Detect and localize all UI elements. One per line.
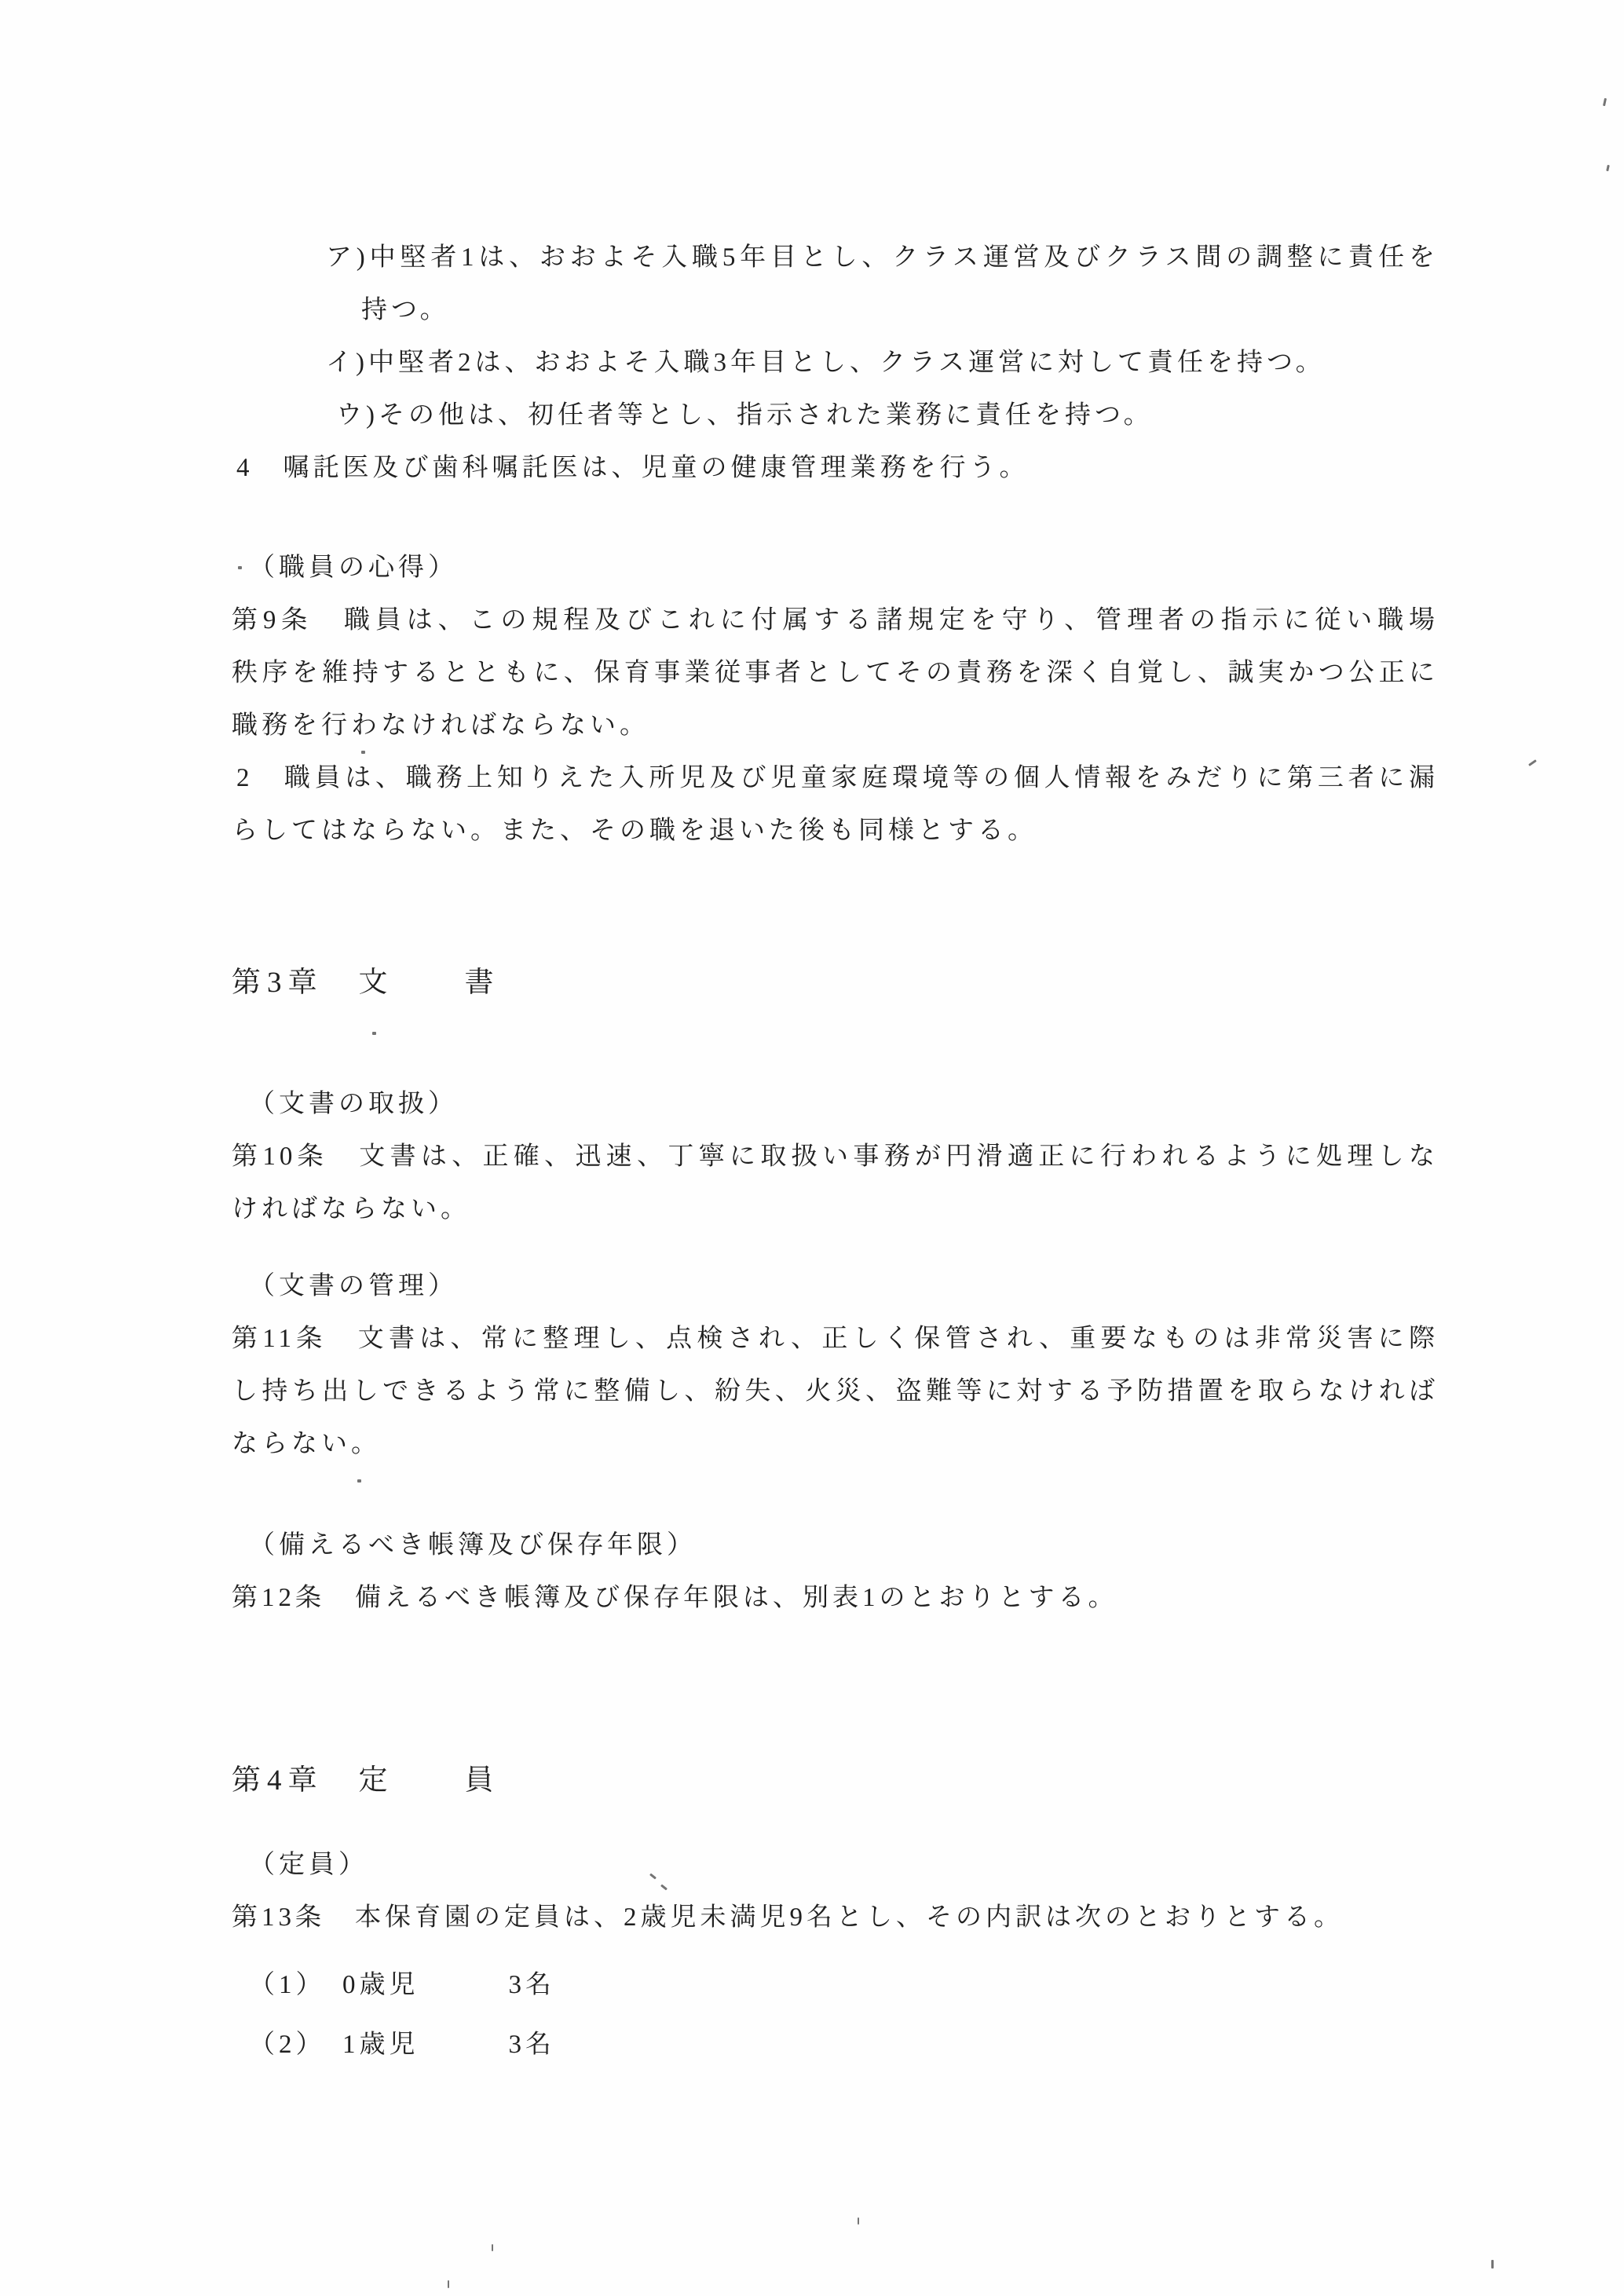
- article-11-continuation-2: ならない。: [232, 1418, 1439, 1471]
- chapter-3-heading: 第3章 文 書: [232, 956, 1439, 1009]
- document-text-block: ア)中堅者1は、おおよそ入職5年目とし、クラス運営及びクラス間の調整に責任を持つ…: [232, 232, 1439, 2071]
- article-10-continuation: ければならない。: [232, 1183, 1439, 1236]
- section-label-staff-conduct: （職員の心得）: [249, 542, 1439, 594]
- scanned-document-page: ア)中堅者1は、おおよそ入職5年目とし、クラス運営及びクラス間の調整に責任を持つ…: [0, 0, 1624, 2296]
- item-u-line: ウ)その他は、初任者等とし、指示された業務に責任を持つ。: [336, 389, 1439, 442]
- article-9-line: 第9条 職員は、この規程及びこれに付属する諸規定を守り、管理者の指示に従い職場: [232, 594, 1439, 647]
- clause-4-line: 4 嘱託医及び歯科嘱託医は、児童の健康管理業務を行う。: [236, 442, 1439, 495]
- capacity-item-2: （2） 1歳児 3名: [249, 2019, 1439, 2071]
- scan-speck: [357, 1479, 361, 1483]
- article-9-continuation-2: 職務を行わなければならない。: [232, 700, 1439, 752]
- scan-speck: [448, 2280, 449, 2288]
- scan-speck: [238, 566, 242, 569]
- section-label-capacity: （定員）: [249, 1839, 1439, 1892]
- chapter-4-heading: 第4章 定 員: [232, 1754, 1439, 1807]
- clause-2-continuation: らしてはならない。また、その職を退いた後も同様とする。: [232, 805, 1439, 857]
- scan-speck: [1606, 165, 1610, 171]
- item-a-continuation: 持つ。: [361, 284, 1439, 337]
- capacity-item-1: （1） 0歳児 3名: [249, 1959, 1439, 2012]
- article-11-continuation: し持ち出しできるよう常に整備し、紛失、火災、盗難等に対する予防措置を取らなければ: [232, 1366, 1439, 1418]
- section-label-ledgers-retention: （備えるべき帳簿及び保存年限）: [249, 1519, 1439, 1572]
- clause-2-line: 2 職員は、職務上知りえた入所児及び児童家庭環境等の個人情報をみだりに第三者に漏: [236, 752, 1439, 805]
- article-10-line: 第10条 文書は、正確、迅速、丁寧に取扱い事務が円滑適正に行われるように処理しな: [232, 1131, 1439, 1183]
- section-label-document-handling: （文書の取扱）: [249, 1078, 1439, 1131]
- article-11-line: 第11条 文書は、常に整理し、点検され、正しく保管され、重要なものは非常災害に際: [232, 1313, 1439, 1366]
- article-12-line: 第12条 備えるべき帳簿及び保存年限は、別表1のとおりとする。: [232, 1572, 1439, 1625]
- item-i-line: イ)中堅者2は、おおよそ入職3年目とし、クラス運営に対して責任を持つ。: [326, 337, 1439, 389]
- article-9-continuation: 秩序を維持するとともに、保育事業従事者としてその責務を深く自覚し、誠実かつ公正に: [232, 647, 1439, 700]
- article-13-line: 第13条 本保育園の定員は、2歳児未満児9名とし、その内訳は次のとおりとする。: [232, 1892, 1439, 1944]
- scan-speck: [1491, 2260, 1494, 2269]
- scan-speck: [1603, 98, 1607, 106]
- item-a-line: ア)中堅者1は、おおよそ入職5年目とし、クラス運営及びクラス間の調整に責任を: [326, 232, 1439, 284]
- scan-speck: [361, 751, 365, 754]
- section-label-document-management: （文書の管理）: [249, 1260, 1439, 1313]
- scan-speck: [372, 1032, 376, 1035]
- scan-speck: [492, 2244, 493, 2251]
- scan-speck: [858, 2217, 859, 2225]
- scan-speck: [1528, 759, 1537, 766]
